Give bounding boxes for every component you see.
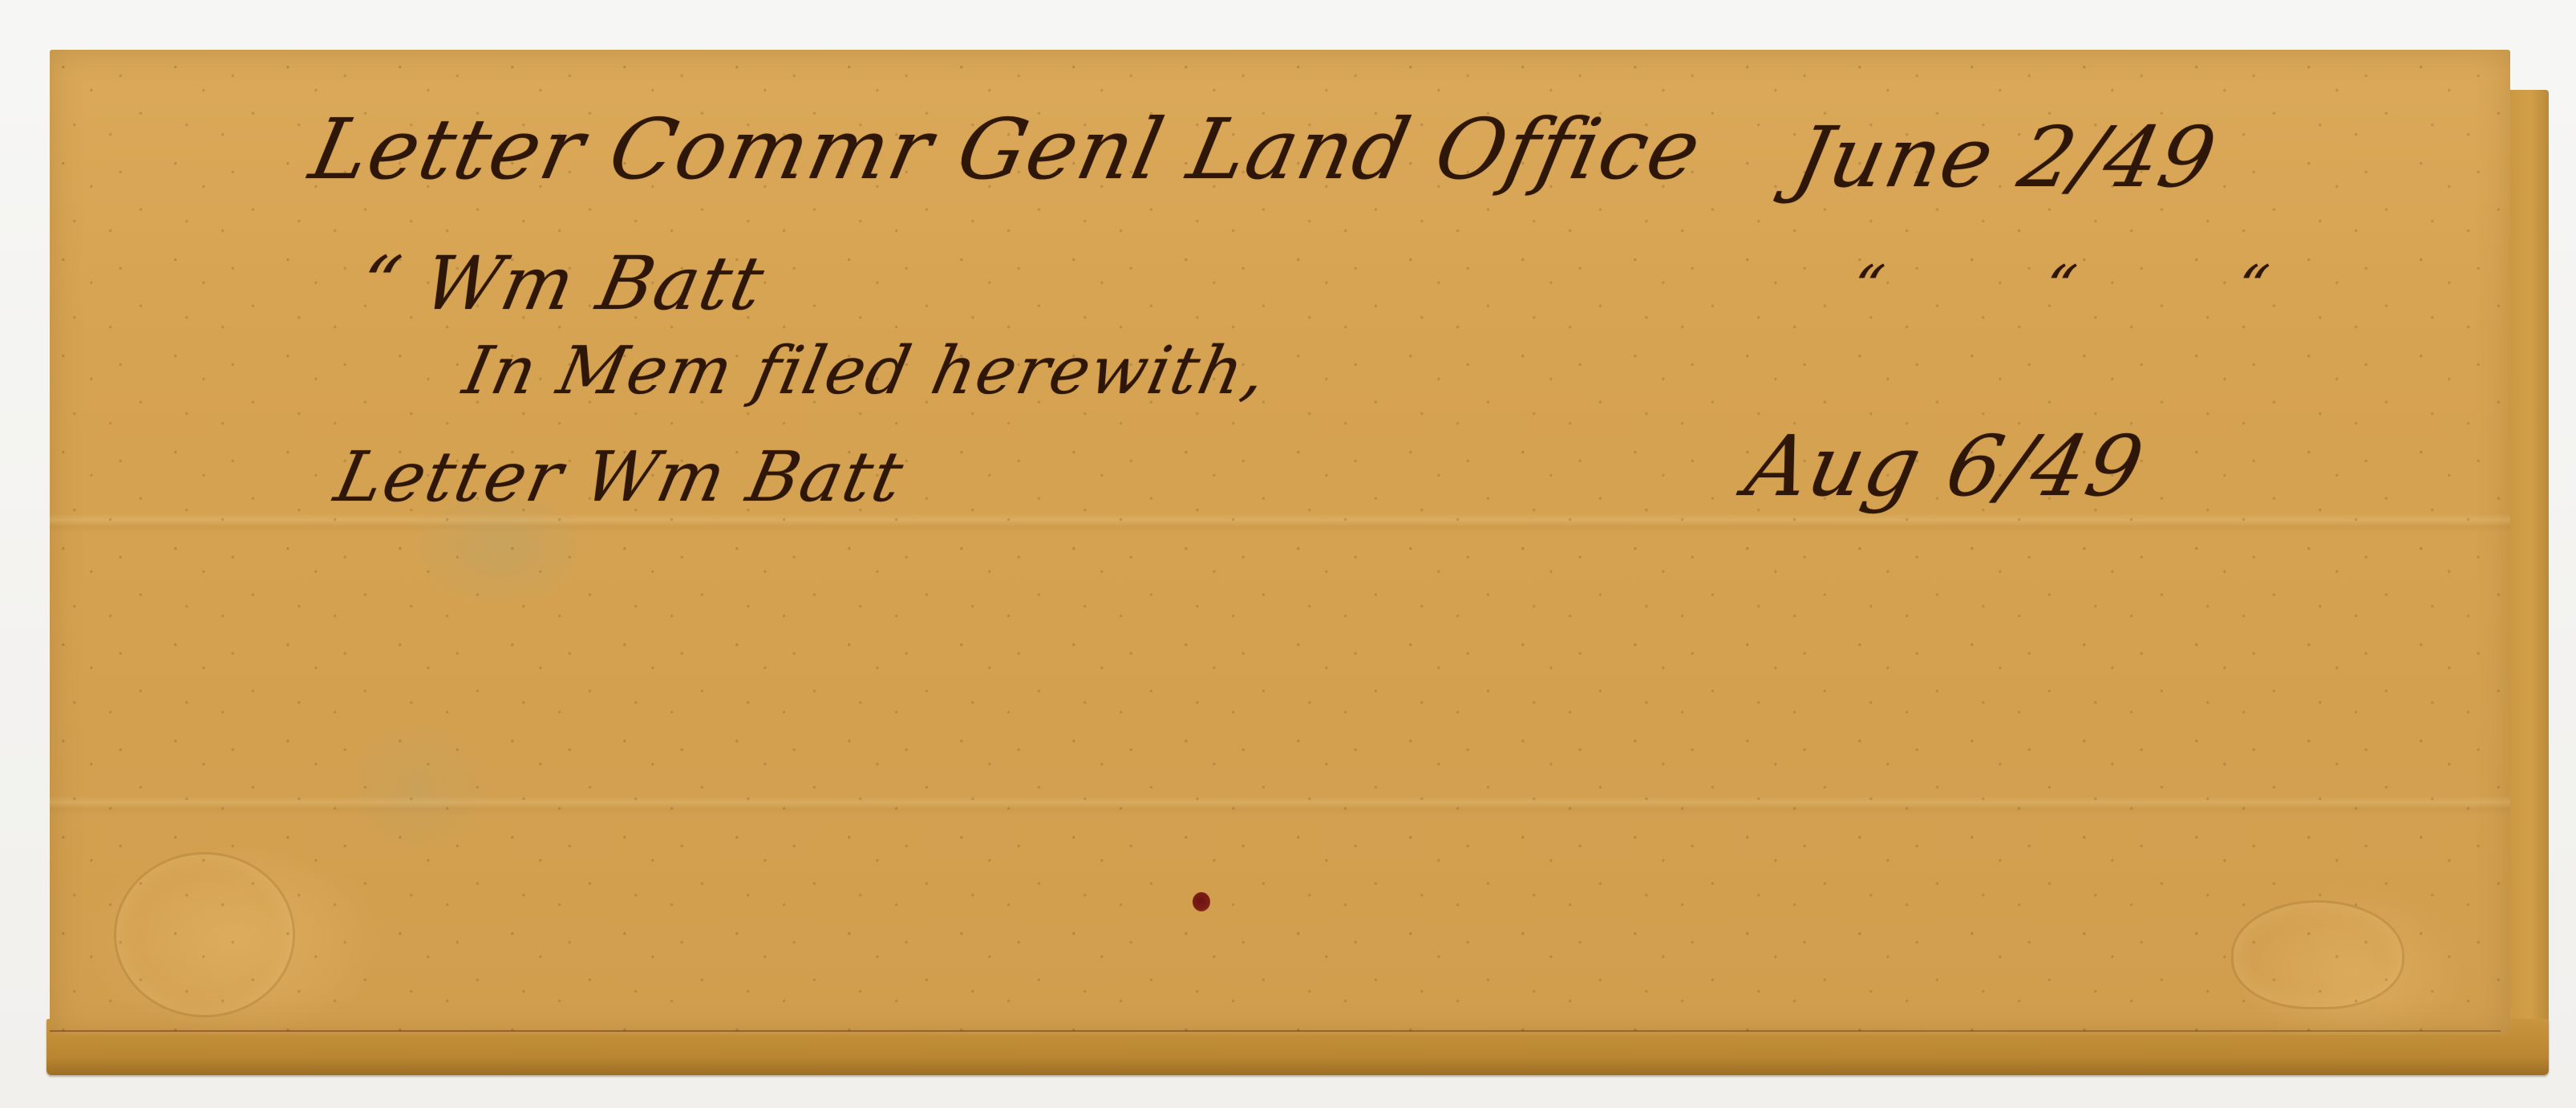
entry-4-description: Letter Wm Batt (328, 437, 911, 517)
entry-2-description: “ Wm Batt (352, 241, 772, 327)
fold-line (50, 1030, 2501, 1032)
entry-1-date: June 2/49 (1786, 108, 2226, 206)
entry-3-description: In Mem filed herewith, (457, 333, 1274, 409)
entry-1-description: Letter Commr Genl Land Office (302, 100, 1711, 198)
entry-2-date-ditto: “ “ “ (1845, 253, 2346, 320)
paper-crease (50, 796, 2510, 815)
ink-blot (1193, 892, 1210, 911)
entry-4-date: Aug 6/49 (1738, 417, 2153, 515)
seal-impression-right (2231, 900, 2404, 1009)
seal-impression-left (114, 852, 295, 1017)
